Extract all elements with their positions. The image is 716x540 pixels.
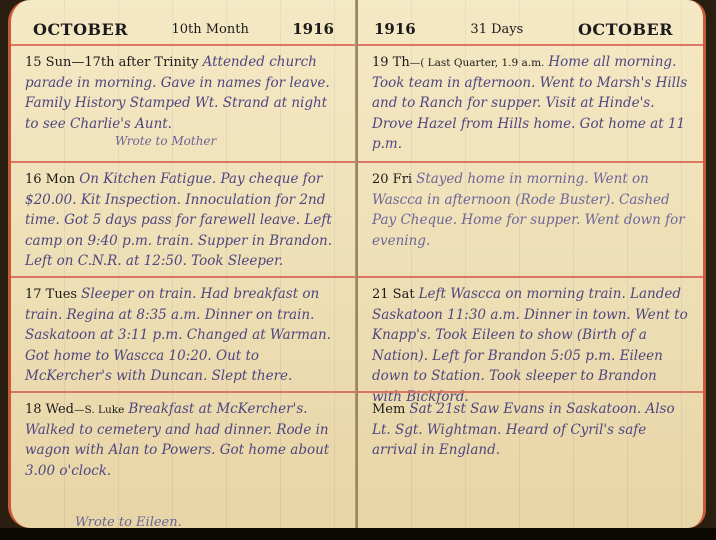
header-month: OCTOBER — [578, 20, 673, 39]
entry-date: 16 Mon — [25, 172, 75, 187]
header-month: OCTOBER — [33, 20, 128, 39]
diary-entry-oct-16: 16 Mon On Kitchen Fatigue. Pay cheque fo… — [11, 163, 358, 275]
diary-entry-oct-15: 15 Sun—17th after Trinity Attended churc… — [11, 46, 358, 161]
entry-date: 15 Sun—17th after Trinity — [25, 55, 199, 70]
entry-date: 18 Wed—S. Luke — [25, 402, 124, 417]
entry-handwriting: Left Wascca on morning train. Landed Sas… — [372, 286, 688, 405]
diary-entry-oct-18: 18 Wed—S. Luke Breakfast at McKercher's.… — [11, 393, 358, 523]
entry-margin-note: Wrote to Mother — [115, 134, 344, 148]
diary-entry-oct-19: 19 Th—( Last Quarter, 1.9 a.m. Home all … — [358, 46, 703, 161]
right-page: 1916 31 Days OCTOBER 19 Th—( Last Quarte… — [358, 0, 706, 528]
entry-date: 20 Fri — [372, 172, 412, 187]
entry-margin-note: Wrote to Eileen. — [75, 515, 344, 528]
bottom-shadow — [0, 528, 716, 540]
left-page-header: OCTOBER 10th Month 1916 — [11, 0, 358, 42]
left-page: OCTOBER 10th Month 1916 15 Sun—17th afte… — [8, 0, 358, 528]
diary-entry-oct-20: 20 Fri Stayed home in morning. Went on W… — [358, 163, 703, 275]
diary-entry-oct-17: 17 Tues Sleeper on train. Had breakfast … — [11, 278, 358, 390]
diary-spread: OCTOBER 10th Month 1916 15 Sun—17th afte… — [0, 0, 716, 540]
header-days: 31 Days — [470, 22, 523, 37]
header-year: 1916 — [292, 20, 334, 38]
header-month-number: 10th Month — [171, 22, 248, 37]
entry-date: 21 Sat — [372, 287, 415, 302]
diary-memo: Mem Sat 21st Saw Evans in Saskatoon. Als… — [358, 393, 703, 523]
memo-label: Mem — [372, 402, 405, 417]
memo-handwriting: Sat 21st Saw Evans in Saskatoon. Also Lt… — [372, 401, 675, 458]
entry-date: 19 Th—( Last Quarter, 1.9 a.m. — [372, 55, 544, 70]
diary-entry-oct-21: 21 Sat Left Wascca on morning train. Lan… — [358, 278, 703, 390]
header-year: 1916 — [374, 20, 416, 38]
entry-date: 17 Tues — [25, 287, 77, 302]
entry-handwriting: Stayed home in morning. Went on Wascca i… — [372, 171, 685, 249]
right-page-header: 1916 31 Days OCTOBER — [358, 0, 703, 42]
